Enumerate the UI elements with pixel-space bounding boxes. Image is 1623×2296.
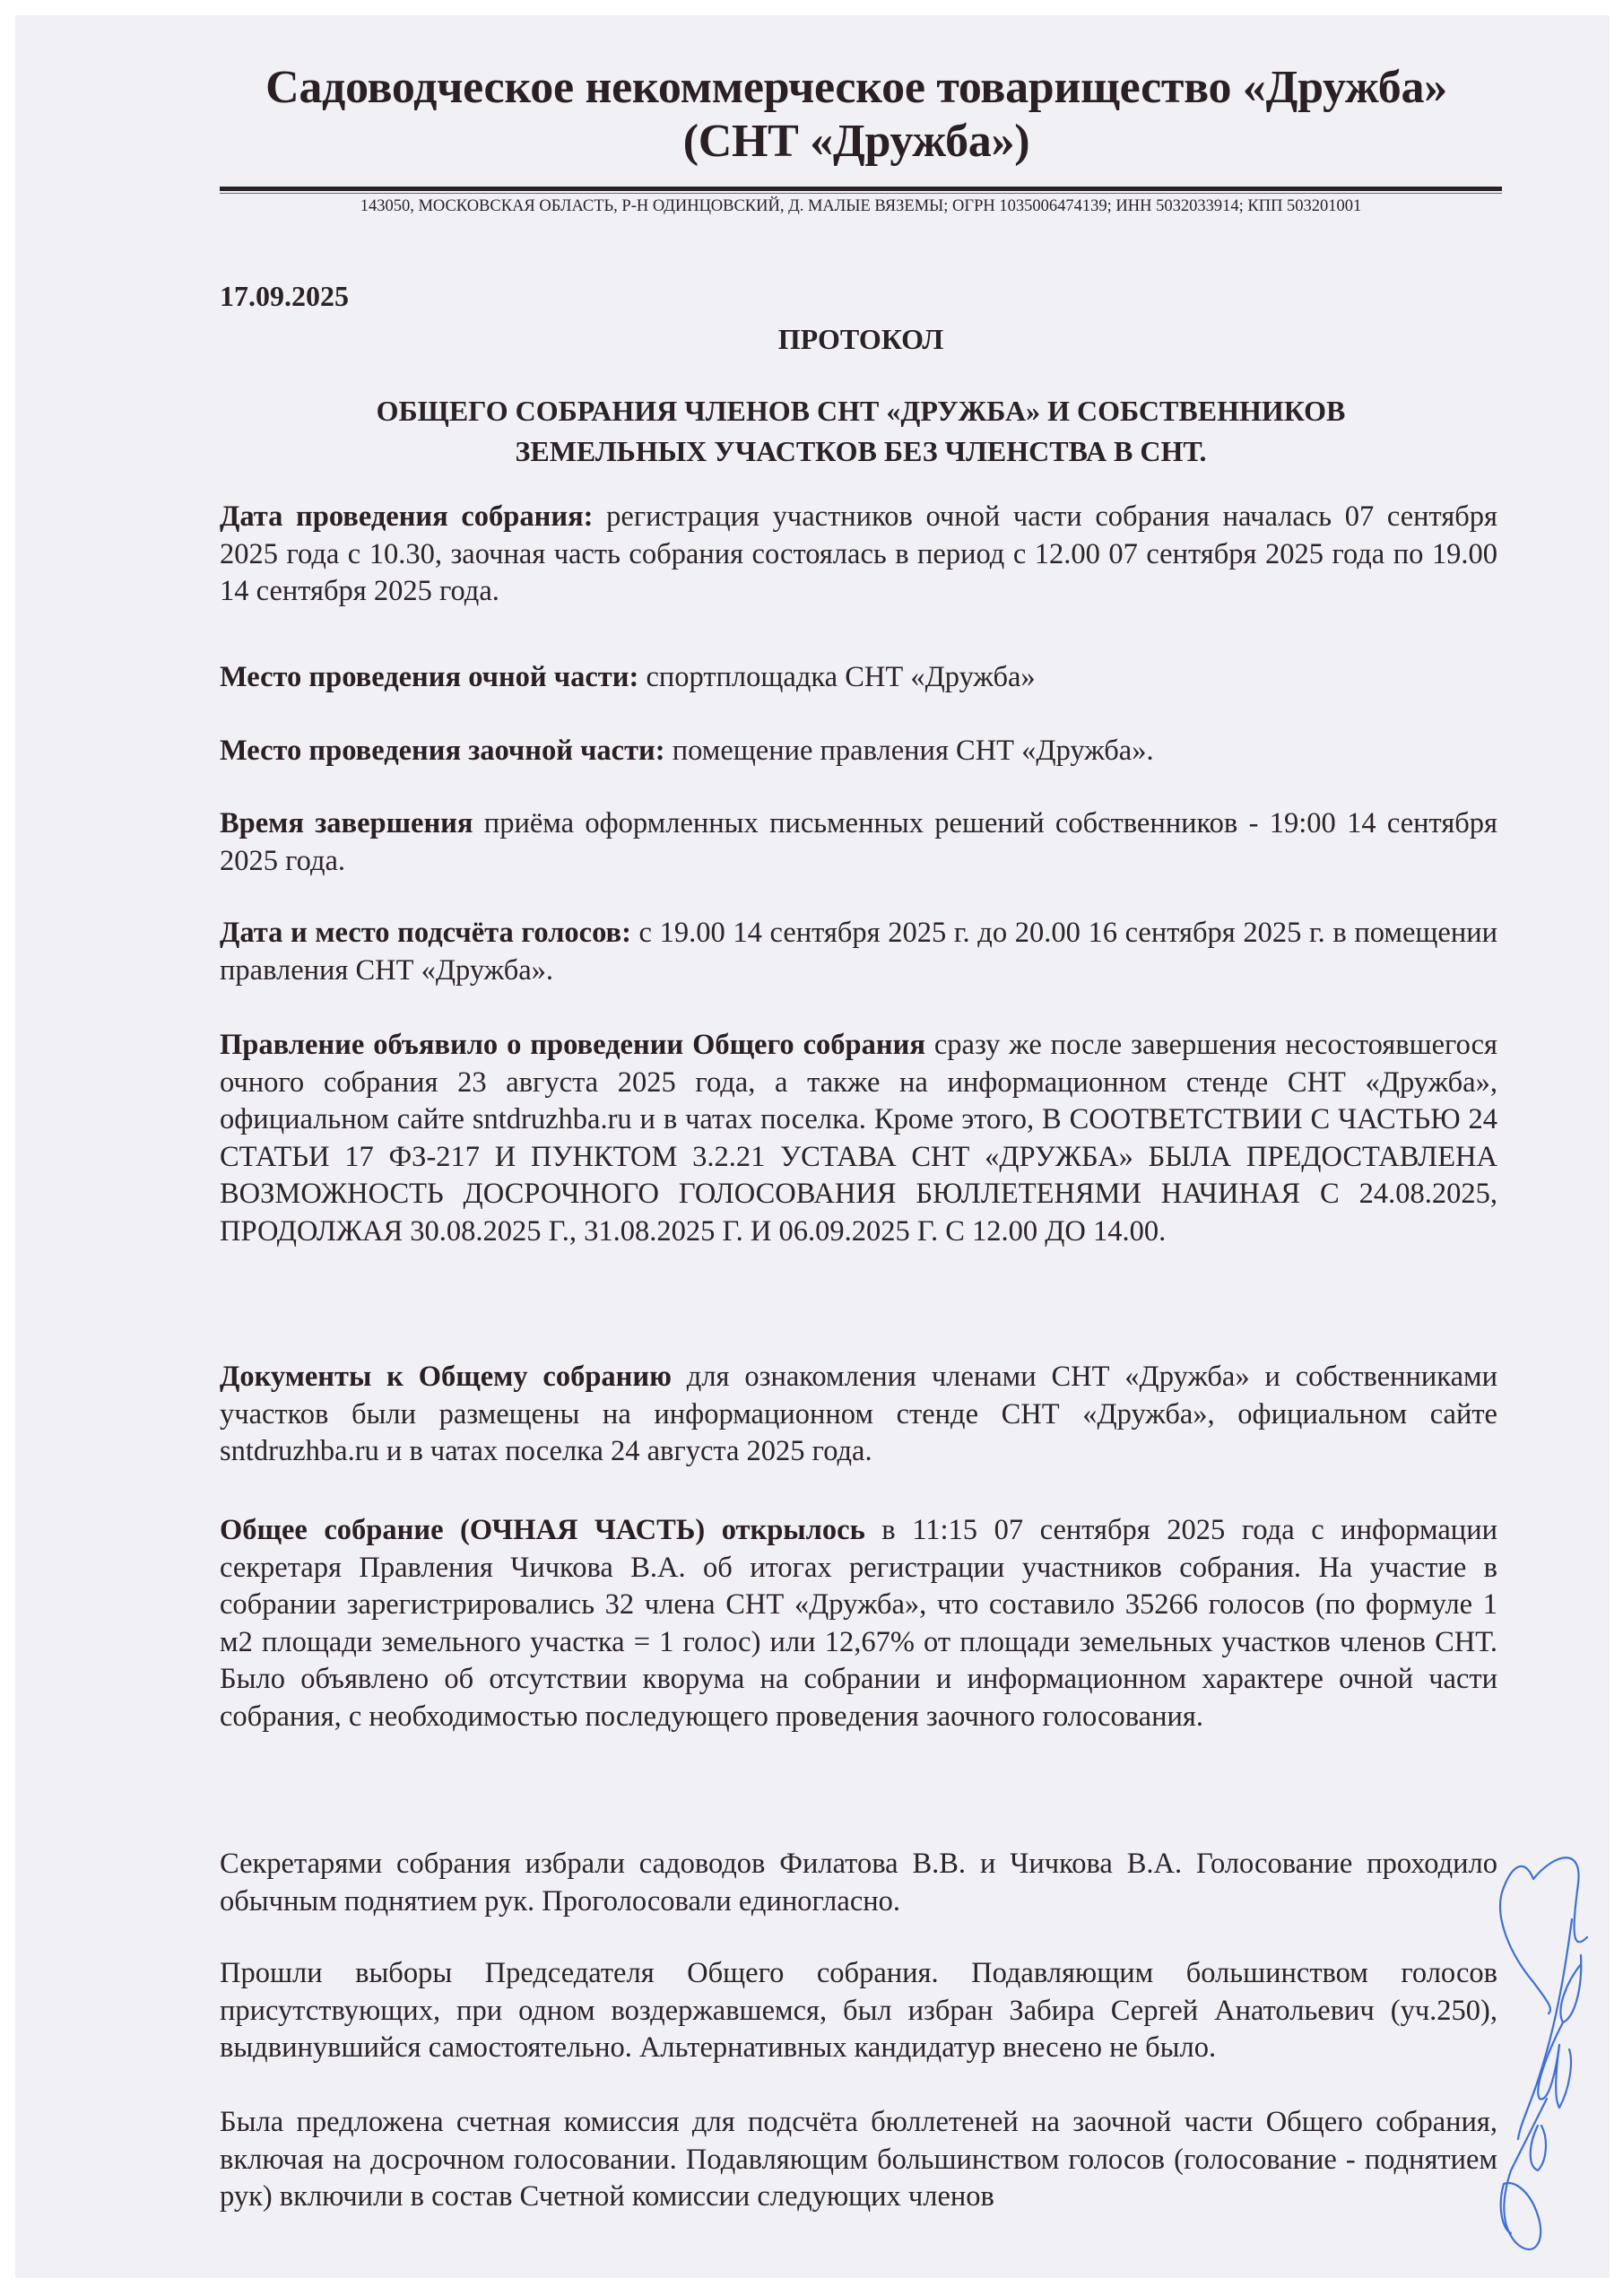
organization-title: Садоводческое некоммерческое товариществ… <box>179 61 1533 169</box>
header-divider <box>220 187 1502 191</box>
document-subheading-line1: ОБЩЕГО СОБРАНИЯ ЧЛЕНОВ СНТ «ДРУЖБА» И СО… <box>220 391 1502 431</box>
paragraph-chair-election: Прошли выборы Председателя Общего собран… <box>220 1955 1497 2067</box>
paragraph-label: Дата проведения собрания: <box>220 500 594 533</box>
paragraph-text: спортплощадка СНТ «Дружба» <box>638 661 1035 693</box>
paragraph-vote-count: Дата и место подсчёта голосов: с 19.00 1… <box>220 915 1497 989</box>
paragraph-text: помещение правления СНТ «Дружба». <box>665 735 1154 767</box>
paragraph-text: Секретарями собрания избрали садоводов Ф… <box>220 1848 1497 1918</box>
paragraph-label: Место проведения заочной части: <box>220 735 665 767</box>
paragraph-text: сразу же после завершения несостоявшегос… <box>220 1029 1497 1248</box>
paragraph-label: Документы к Общему собранию <box>220 1361 672 1393</box>
organization-title-line2: (СНТ «Дружба») <box>179 115 1533 169</box>
organization-address: 143050, МОСКОВСКАЯ ОБЛАСТЬ, Р-Н ОДИНЦОВС… <box>220 196 1502 217</box>
paragraph-completion-time: Время завершения приёма оформленных пись… <box>220 805 1497 880</box>
paragraph-announcement: Правление объявило о проведении Общего с… <box>220 1027 1497 1250</box>
paragraph-documents: Документы к Общему собранию для ознакомл… <box>220 1359 1497 1471</box>
paragraph-label: Дата и место подсчёта голосов: <box>220 917 631 949</box>
paragraph-text: в 11:15 07 сентября 2025 года с информац… <box>220 1514 1497 1733</box>
paragraph-meeting-opened: Общее собрание (ОЧНАЯ ЧАСТЬ) открылось в… <box>220 1512 1497 1735</box>
organization-title-line1: Садоводческое некоммерческое товариществ… <box>179 61 1533 115</box>
document-heading: ПРОТОКОЛ <box>220 323 1502 356</box>
paragraph-text: Прошли выборы Председателя Общего собран… <box>220 1957 1497 2064</box>
paragraph-label: Место проведения очной части: <box>220 661 638 693</box>
paragraph-absentee-location: Место проведения заочной части: помещени… <box>220 733 1497 770</box>
header-divider-thin <box>220 193 1502 194</box>
handwritten-signature-icon <box>1484 1830 1610 2278</box>
paragraph-label: Общее собрание (ОЧНАЯ ЧАСТЬ) открылось <box>220 1514 865 1546</box>
paragraph-inperson-location: Место проведения очной части: спортплоща… <box>220 659 1497 697</box>
paragraph-text: Была предложена счетная комиссия для под… <box>220 2106 1497 2213</box>
document-date: 17.09.2025 <box>220 280 349 313</box>
paragraph-meeting-date: Дата проведения собрания: регистрация уч… <box>220 499 1497 611</box>
paragraph-secretaries: Секретарями собрания избрали садоводов Ф… <box>220 1846 1497 1920</box>
document-subheading: ОБЩЕГО СОБРАНИЯ ЧЛЕНОВ СНТ «ДРУЖБА» И СО… <box>220 391 1502 472</box>
paragraph-counting-commission: Была предложена счетная комиссия для под… <box>220 2104 1497 2216</box>
paragraph-label: Правление объявило о проведении Общего с… <box>220 1029 925 1061</box>
paragraph-label: Время завершения <box>220 807 473 839</box>
document-subheading-line2: ЗЕМЕЛЬНЫХ УЧАСТКОВ БЕЗ ЧЛЕНСТВА В СНТ. <box>220 431 1502 472</box>
